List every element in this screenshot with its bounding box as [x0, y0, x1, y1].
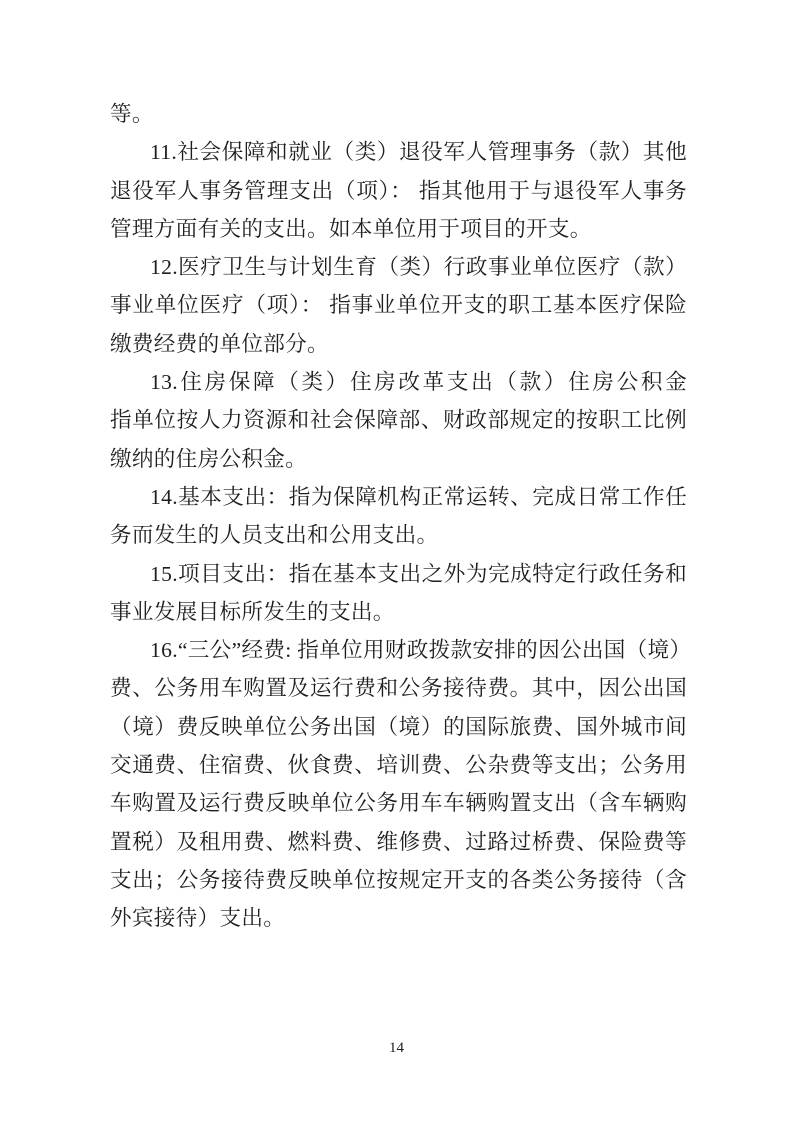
text-line: 费、公务用车购置及运行费和公务接待费。其中，因公出国: [110, 669, 687, 707]
paragraph-item-13: 13.住房保障（类）住房改革支出（款）住房公积金（项）: 指单位按人力资源和社会…: [110, 363, 687, 478]
paragraph-continuation: 等。: [110, 95, 687, 133]
paragraph-item-15: 15.项目支出：指在基本支出之外为完成特定行政任务和 事业发展目标所发生的支出。: [110, 555, 687, 632]
text-line: 14.基本支出：指为保障机构正常运转、完成日常工作任: [110, 478, 687, 516]
text-line: 车购置及运行费反映单位公务用车车辆购置支出（含车辆购: [110, 784, 687, 822]
text-line: 事业发展目标所发生的支出。: [110, 593, 687, 631]
page-number: 14: [0, 1038, 793, 1058]
paragraph-item-12: 12.医疗卫生与计划生育（类）行政事业单位医疗（款） 事业单位医疗（项）： 指事…: [110, 248, 687, 363]
text-line: 管理方面有关的支出。如本单位用于项目的开支。: [110, 210, 687, 248]
text-line: 12.医疗卫生与计划生育（类）行政事业单位医疗（款）: [110, 248, 687, 286]
text-line: 事业单位医疗（项）： 指事业单位开支的职工基本医疗保险: [110, 286, 687, 324]
text-line: 外宾接待）支出。: [110, 899, 687, 937]
text-line: 缴纳的住房公积金。: [110, 440, 687, 478]
paragraph-item-14: 14.基本支出：指为保障机构正常运转、完成日常工作任 务而发生的人员支出和公用支…: [110, 478, 687, 555]
text-line: 16.“三公”经费: 指单位用财政拨款安排的因公出国（境）: [110, 631, 687, 669]
text-line: 13.住房保障（类）住房改革支出（款）住房公积金（项）:: [110, 363, 687, 401]
document-page: 等。 11.社会保障和就业（类）退役军人管理事务（款）其他 退役军人事务管理支出…: [0, 0, 793, 1122]
text-line: 退役军人事务管理支出（项）： 指其他用于与退役军人事务: [110, 172, 687, 210]
text-line: 交通费、住宿费、伙食费、培训费、公杂费等支出；公务用: [110, 746, 687, 784]
text-line: 支出；公务接待费反映单位按规定开支的各类公务接待（含: [110, 861, 687, 899]
document-body: 等。 11.社会保障和就业（类）退役军人管理事务（款）其他 退役军人事务管理支出…: [110, 95, 687, 938]
text-line: 务而发生的人员支出和公用支出。: [110, 516, 687, 554]
text-line: 置税）及租用费、燃料费、维修费、过路过桥费、保险费等: [110, 823, 687, 861]
text-line: （境）费反映单位公务出国（境）的国际旅费、国外城市间: [110, 708, 687, 746]
text-line: 指单位按人力资源和社会保障部、财政部规定的按职工比例: [110, 401, 687, 439]
text-line: 11.社会保障和就业（类）退役军人管理事务（款）其他: [110, 133, 687, 171]
text-line: 等。: [110, 95, 687, 133]
text-line: 缴费经费的单位部分。: [110, 325, 687, 363]
paragraph-item-16: 16.“三公”经费: 指单位用财政拨款安排的因公出国（境） 费、公务用车购置及运…: [110, 631, 687, 937]
paragraph-item-11: 11.社会保障和就业（类）退役军人管理事务（款）其他 退役军人事务管理支出（项）…: [110, 133, 687, 248]
text-line: 15.项目支出：指在基本支出之外为完成特定行政任务和: [110, 555, 687, 593]
